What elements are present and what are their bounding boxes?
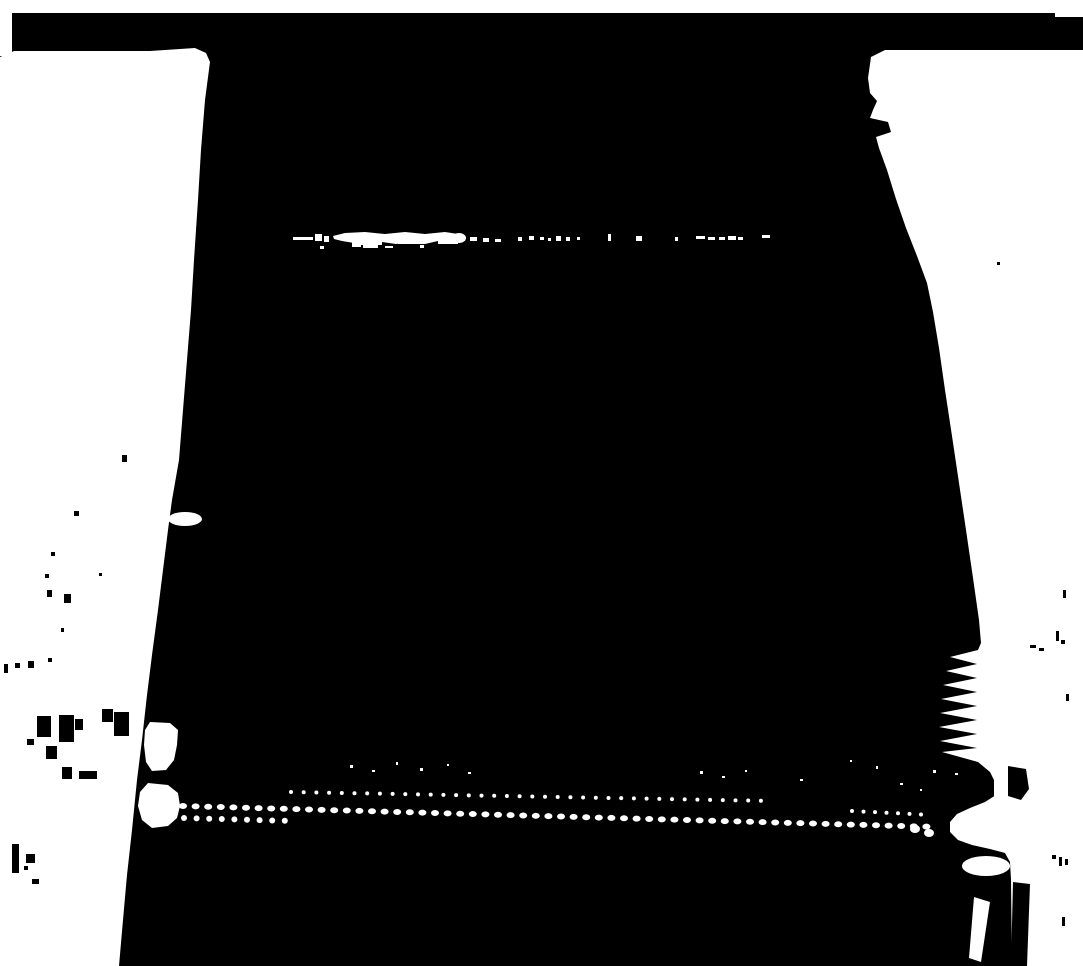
- streak-trailing-dashes-item: [529, 236, 534, 240]
- right-field-speckles-item: [1063, 590, 1066, 598]
- left-field-speckles-item: [122, 455, 127, 462]
- rivet-row-upper-small-dot: [492, 794, 496, 798]
- rivet-row-lower-big-dot: [406, 809, 414, 815]
- rivet-row-upper-small-dot: [695, 798, 699, 802]
- rivet-row-upper-small-dot: [416, 792, 420, 796]
- binary-mask-image: [0, 0, 1083, 966]
- rivet-row-upper-small-dot: [734, 798, 738, 802]
- rivet-row-lower-big-dot: [733, 818, 741, 824]
- rivet-row-upper-small-dot: [378, 792, 382, 796]
- rivet-row-lower-big-dot: [885, 823, 893, 829]
- left-field-speckles-item: [47, 590, 52, 597]
- left-field-speckles-item: [74, 511, 79, 516]
- rivet-row-lower-big-dot: [847, 822, 855, 828]
- rivet-row-left-pairs-dot: [282, 818, 288, 824]
- left-field-speckles-item: [48, 658, 52, 662]
- rivet-row-upper-small-dot: [518, 794, 522, 798]
- rivet-row-upper-small-dot: [289, 790, 293, 794]
- rivet-row-lower-big-dot: [897, 823, 905, 829]
- streak-trailing-dashes-item: [540, 237, 544, 240]
- rivet-row-lower-big-dot: [431, 810, 439, 816]
- rivet-row-upper-small-dot: [619, 796, 623, 800]
- rivet-row-lower-big-dot: [784, 820, 792, 826]
- streak-end-blob: [452, 233, 466, 243]
- rivet-row-lower-big-dot: [696, 817, 704, 823]
- streak-trailing-dashes-item: [608, 234, 611, 241]
- rivet-row-lower-big-dot: [481, 811, 489, 817]
- rivet-row-upper-small-dot: [594, 796, 598, 800]
- rivet-row-lower-big-dot: [557, 814, 565, 820]
- left-field-speckles-item: [51, 552, 55, 556]
- streak-trailing-dashes-item: [708, 237, 715, 240]
- highlight-streak-lumps-item: [352, 241, 382, 245]
- rivet-row-lower-big-dot: [771, 819, 779, 825]
- rivet-row-lower-big-dot: [444, 810, 452, 816]
- sparse-specks-above-rivets-item: [420, 768, 423, 771]
- rivet-row-upper-small-dot: [327, 791, 331, 795]
- left-field-speckles-item: [99, 573, 102, 576]
- left-field-speckles-item: [45, 574, 49, 578]
- left-field-speckles-item: [26, 854, 35, 863]
- rivet-row-lower-big-dot: [292, 806, 300, 812]
- rivet-row-left-pairs-dot: [194, 815, 200, 821]
- bottom-right-black-bar: [1011, 882, 1030, 966]
- left-field-speckles-item: [4, 664, 8, 673]
- rivet-row-upper-small-dot: [721, 798, 725, 802]
- rivet-row-upper-small-dot: [759, 799, 763, 803]
- rivet-row-lower-big-dot: [708, 818, 716, 824]
- rivet-row-upper-small-dot: [530, 795, 534, 799]
- rivet-row-lower-big-dot: [368, 808, 376, 814]
- rivet-row-lower-big-dot: [507, 812, 515, 818]
- sparse-specks-above-rivets-item: [850, 760, 852, 762]
- bottom-right-white-slot: [962, 856, 1010, 876]
- rivet-row-right-small-dot: [908, 812, 912, 816]
- left-field-speckles-item: [102, 709, 113, 722]
- highlight-streak-lumps-item: [315, 234, 322, 241]
- rivet-row-left-pairs-dot: [206, 816, 212, 822]
- left-field-speckles-item: [12, 844, 19, 873]
- rivet-row-lower-big-dot: [633, 816, 641, 822]
- right-field-speckles-item: [1061, 640, 1065, 644]
- rivet-row-lower-big-dot: [620, 815, 628, 821]
- streak-trailing-dashes-item: [556, 236, 561, 241]
- rivet-row-lower-big-dot: [670, 817, 678, 823]
- rivet-row-upper-small-dot: [543, 795, 547, 799]
- rivet-row-upper-small-dot: [657, 797, 661, 801]
- left-field-speckles-item: [37, 716, 51, 737]
- rivet-row-right-small-dot: [862, 810, 866, 814]
- rivet-row-upper-small-dot: [480, 794, 484, 798]
- streak-under-specks-item: [363, 245, 378, 248]
- rivet-row-lower-big-dot: [570, 814, 578, 820]
- rivet-row-lower-big-dot: [796, 820, 804, 826]
- rivet-row-lower-big-dot: [456, 811, 464, 817]
- left-field-speckles-item: [79, 771, 97, 779]
- rivet-row-lower-big-dot: [721, 818, 729, 824]
- rivet-row-lower-big-dot: [582, 814, 590, 820]
- streak-under-specks-item: [420, 245, 424, 248]
- top-left-sliver: [0, 0, 12, 56]
- streak-trailing-dashes-item: [495, 239, 501, 242]
- sparse-specks-above-rivets-item: [876, 766, 878, 769]
- streak-trailing-dashes-item: [636, 236, 642, 241]
- rivet-row-upper-small-dot: [568, 795, 572, 799]
- streak-trailing-dashes-item: [566, 237, 570, 241]
- streak-trailing-dashes-item: [738, 237, 743, 240]
- streak-trailing-dashes-item: [470, 237, 477, 241]
- rivet-row-upper-small-dot: [403, 792, 407, 796]
- right-field-speckles-item: [1056, 631, 1059, 641]
- rivet-row-lower-big-dot: [607, 815, 615, 821]
- sparse-specks-above-rivets-item: [447, 764, 449, 766]
- streak-trailing-dashes-item: [483, 238, 489, 242]
- rivet-row-upper-small-dot: [340, 791, 344, 795]
- sparse-specks-above-rivets-item: [700, 771, 703, 774]
- sparse-specks-above-rivets-item: [372, 770, 375, 772]
- rivet-row-left-pairs-dot: [244, 817, 250, 823]
- left-field-speckles-item: [28, 661, 34, 668]
- right-field-speckles-item: [997, 262, 1000, 265]
- rivet-row-upper-small-dot: [365, 791, 369, 795]
- rivet-row-left-pairs-dot: [181, 815, 187, 821]
- rivet-row-lower-big-dot: [544, 813, 552, 819]
- highlight-streak-lumps-item: [324, 236, 329, 242]
- sparse-specks-above-rivets-item: [396, 762, 398, 765]
- rivet-row-lower-big-dot: [595, 815, 603, 821]
- sparse-specks-above-rivets-item: [722, 776, 725, 778]
- streak-trailing-dashes-item: [719, 237, 725, 240]
- rivet-row-right-small-dot: [873, 810, 877, 814]
- rivet-row-upper-small-dot: [683, 797, 687, 801]
- streak-trailing-dashes-item: [762, 235, 770, 238]
- sparse-specks-above-rivets-item: [920, 789, 922, 791]
- top-white-strip: [0, 0, 1083, 13]
- streak-trailing-dashes-item: [548, 238, 551, 241]
- left-field-speckles-item: [62, 767, 72, 779]
- streak-trailing-dashes-item: [728, 236, 736, 240]
- rivet-row-upper-small-dot: [556, 795, 560, 799]
- rivet-row-upper-small-dot: [505, 794, 509, 798]
- rivet-row-lower-big-dot: [255, 805, 263, 811]
- rivet-row-lower-big-dot: [381, 809, 389, 815]
- sparse-specks-above-rivets-item: [955, 773, 958, 775]
- rivet-row-lower-big-dot: [872, 822, 880, 828]
- rivet-row-right-small-dot: [896, 811, 900, 815]
- right-field-speckles-item: [1065, 859, 1068, 865]
- streak-trailing-dashes-item: [577, 237, 580, 240]
- rivet-row-upper-small-dot: [708, 798, 712, 802]
- rivet-row-lower-big-dot: [242, 805, 250, 811]
- rivet-row-upper-small-dot: [645, 797, 649, 801]
- rivet-row-upper-small-dot: [441, 793, 445, 797]
- bottom-right-white-dash: [997, 822, 1005, 827]
- rivet-row-upper-small-dot: [670, 797, 674, 801]
- left-field-speckles-item: [32, 879, 39, 884]
- left-field-speckles-item: [114, 712, 129, 736]
- rivet-row-upper-small-dot: [353, 791, 357, 795]
- rivet-row-lower-big-dot: [355, 808, 363, 814]
- rivet-row-lower-big-dot: [683, 817, 691, 823]
- sparse-specks-above-rivets-item: [468, 772, 471, 774]
- rivet-row-lower-big-dot: [922, 824, 930, 830]
- sparse-specks-above-rivets-item: [800, 779, 803, 781]
- rivet-row-upper-small-dot: [429, 793, 433, 797]
- streak-trailing-dashes-item: [696, 236, 705, 239]
- rivet-row-right-small-dot: [850, 809, 854, 813]
- rivet-row-upper-small-dot: [632, 796, 636, 800]
- bottom-right-white-channel: [994, 766, 1006, 812]
- rivet-row-upper-small-dot: [581, 795, 585, 799]
- rivet-row-lower-big-dot: [494, 812, 502, 818]
- rivet-row-lower-big-dot: [343, 808, 351, 814]
- rivet-row-upper-small-dot: [314, 790, 318, 794]
- rivet-row-right-small-dot: [885, 811, 889, 815]
- rivet-row-left-pairs-dot: [269, 817, 275, 823]
- rivet-row-left-pairs-dot: [257, 817, 263, 823]
- rivet-row-lower-big-dot: [229, 804, 237, 810]
- rivet-row-lower-big-dot: [519, 812, 527, 818]
- top-right-step: [1055, 0, 1083, 17]
- rivet-row-lower-big-dot: [418, 810, 426, 816]
- rivet-row-upper-small-dot: [607, 796, 611, 800]
- left-field-speckles-item: [59, 715, 74, 742]
- streak-under-specks-item: [320, 246, 324, 249]
- rivet-row-lower-big-dot: [267, 805, 275, 811]
- right-field-speckles-item: [1039, 648, 1044, 651]
- left-field-speckles-item: [61, 628, 64, 632]
- rivet-row-lower-big-dot: [822, 821, 830, 827]
- right-field-speckles-item: [1066, 694, 1069, 701]
- rivet-row-lower-big-dot: [809, 821, 817, 827]
- rivet-row-lower-big-dot: [746, 819, 754, 825]
- rivet-row-upper-small-dot: [454, 793, 458, 797]
- right-field-speckles-item: [1062, 917, 1065, 926]
- left-field-speckles-item: [75, 719, 83, 730]
- rivet-row-lower-big-dot: [759, 819, 767, 825]
- edge-highlight-blob: [168, 512, 202, 526]
- rivet-row-lower-big-dot: [469, 811, 477, 817]
- left-field-speckles-item: [64, 594, 71, 603]
- rivet-row-lower-big-dot: [318, 807, 326, 813]
- rivet-row-right-small-dot: [919, 812, 923, 816]
- rivet-row-left-pairs-dot: [219, 816, 225, 822]
- rivet-row-upper-small-dot: [746, 799, 750, 803]
- sparse-specks-above-rivets-item: [933, 770, 936, 773]
- rivet-row-lower-big-dot: [179, 803, 187, 809]
- left-field-speckles-item: [27, 739, 34, 745]
- rivet-row-lower-big-dot: [645, 816, 653, 822]
- highlight-streak-lumps-item: [293, 237, 313, 240]
- streak-trailing-dashes-item: [675, 237, 678, 241]
- rivet-row-upper-small-dot: [467, 793, 471, 797]
- left-field-speckles-item: [24, 866, 28, 870]
- streak-under-specks-item: [352, 245, 361, 247]
- rivet-row-upper-small-dot: [302, 790, 306, 794]
- streak-under-specks-item: [385, 246, 393, 248]
- sparse-specks-above-rivets-item: [900, 783, 903, 785]
- rivet-row-left-pairs-dot: [231, 816, 237, 822]
- rivet-row-lower-big-dot: [532, 813, 540, 819]
- rivet-row-lower-big-dot: [393, 809, 401, 815]
- left-field-speckles-item: [15, 663, 20, 668]
- sparse-specks-above-rivets-item: [745, 770, 747, 772]
- right-field-speckles-item: [1030, 645, 1036, 648]
- left-field-speckles-item: [46, 746, 57, 759]
- rivet-row-lower-big-dot: [859, 822, 867, 828]
- rivet-row-lower-big-dot: [834, 821, 842, 827]
- rivet-row-lower-big-dot: [658, 816, 666, 822]
- rivet-trailing-blob-2: [924, 829, 934, 837]
- rivet-row-upper-small-dot: [391, 792, 395, 796]
- rivet-trailing-blob-1: [910, 825, 920, 833]
- rivet-row-lower-big-dot: [330, 807, 338, 813]
- rivet-row-lower-big-dot: [192, 803, 200, 809]
- highlight-streak-lumps-item: [398, 240, 424, 244]
- sparse-specks-above-rivets-item: [350, 765, 353, 768]
- rivet-row-lower-big-dot: [280, 806, 288, 812]
- right-field-speckles-item: [1059, 857, 1062, 866]
- rivet-row-lower-big-dot: [204, 804, 212, 810]
- rivet-row-lower-big-dot: [305, 807, 313, 813]
- streak-trailing-dashes-item: [518, 237, 522, 241]
- screenshot-root: [0, 0, 1083, 966]
- rivet-row-lower-big-dot: [217, 804, 225, 810]
- right-field-speckles-item: [1052, 855, 1056, 859]
